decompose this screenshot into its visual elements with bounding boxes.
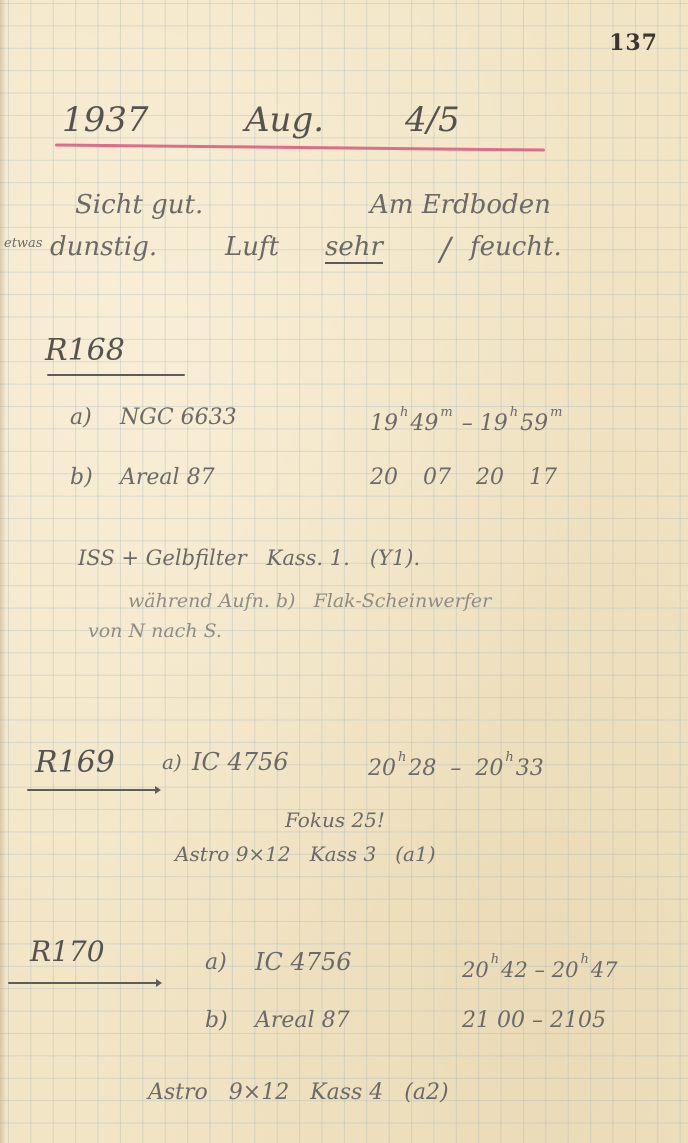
entry-underline: [8, 982, 158, 984]
page-number: 137: [609, 30, 658, 56]
header-day: 4/5: [405, 100, 460, 140]
time-range: 20 07 20 17: [370, 465, 557, 490]
note-camera-cassette: Astro 9×12 Kass 4 (a2): [148, 1080, 449, 1105]
conditions-feucht: feucht.: [470, 232, 562, 262]
object-label: b): [70, 465, 93, 490]
time-range: 20h28 – 20h33: [368, 750, 544, 781]
object-label: a): [162, 750, 182, 774]
notebook-page: 137 1937 Aug. 4/5 Sicht gut. Am Erdboden…: [0, 0, 688, 1143]
page-binding-edge: [0, 0, 6, 1143]
note-direction: von N nach S.: [88, 620, 222, 642]
header-year: 1937: [62, 100, 149, 140]
object-name: NGC 6633: [120, 405, 237, 430]
conditions-luft: Luft: [225, 232, 279, 262]
conditions-dunstig: dunstig.: [50, 232, 157, 262]
note-searchlight: während Aufn. b) Flak-Scheinwerfer: [128, 590, 491, 612]
conditions-erdboden: Am Erdboden: [370, 190, 551, 220]
margin-note: etwas: [4, 236, 42, 251]
object-label: a): [70, 405, 92, 430]
time-range: 19h49m – 19h59m: [370, 405, 564, 436]
object-name: Areal 87: [255, 1008, 350, 1033]
conditions-sehr: sehr: [325, 232, 383, 264]
entry-id-r170: R170: [30, 935, 105, 968]
time-range: 21 00 – 2105: [462, 1008, 606, 1033]
note-camera-cassette: Astro 9×12 Kass 3 (a1): [175, 842, 436, 866]
entry-id-r169: R169: [35, 745, 115, 780]
note-focus: Fokus 25!: [285, 808, 385, 832]
entry-id-r168: R168: [45, 333, 125, 368]
object-label: a): [205, 950, 227, 975]
header-month: Aug.: [245, 100, 324, 140]
note-film-cassette: ISS + Gelbfilter Kass. 1. (Y1).: [78, 546, 420, 570]
object-name: Areal 87: [120, 465, 215, 490]
red-underline: [55, 143, 545, 151]
conditions-sicht: Sicht gut.: [75, 190, 203, 220]
object-name: IC 4756: [255, 948, 352, 976]
object-label: b): [205, 1008, 228, 1033]
entry-underline: [47, 374, 185, 376]
entry-underline: [27, 789, 157, 791]
conditions-slash: /: [440, 230, 451, 268]
time-range: 20h42 – 20h47: [462, 952, 618, 982]
object-name: IC 4756: [192, 748, 289, 776]
